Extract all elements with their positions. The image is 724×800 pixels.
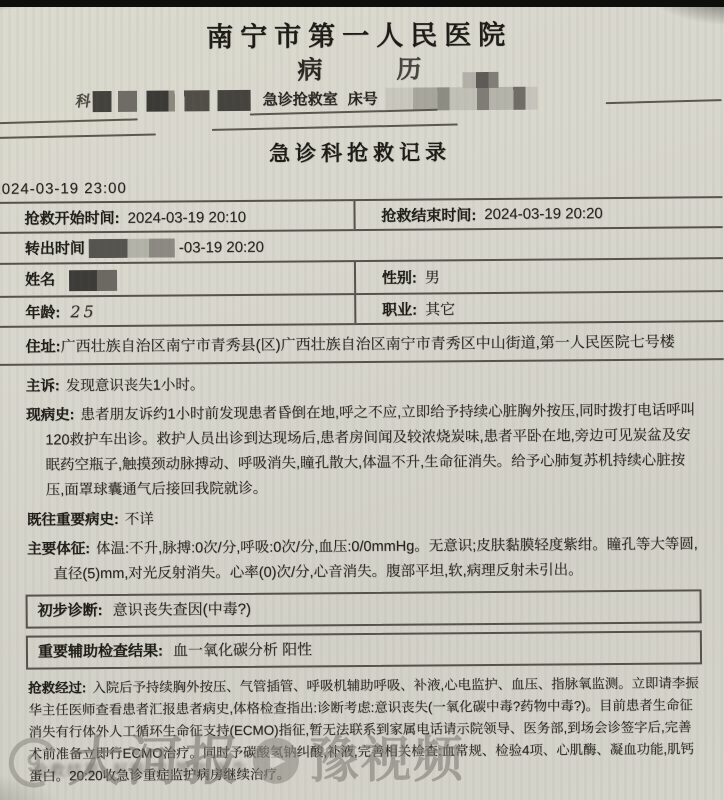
age-label: 年龄: — [25, 304, 60, 321]
present-illness: 现病史:患者朋友诉约1小时前发现患者昏倒在地,呼之不应,立即给予持续心脏胸外按压… — [0, 398, 724, 504]
ruled-line-segment — [212, 124, 458, 131]
rescue-end-label: 抢救结束时间: — [381, 204, 476, 226]
vital-signs-text: 体温:不升,脉搏:0次/分,呼吸:0次/分,血压:0/0mmHg。无意识;皮肤黏… — [53, 536, 698, 582]
occupation-label: 职业: — [382, 298, 417, 319]
rescue-course-label: 抢救经过: — [28, 680, 86, 695]
preliminary-diagnosis-text: 意识丧失查因(中毒?) — [113, 601, 251, 619]
rescue-start-cell: 抢救开始时间:2024-03-19 20:10 — [0, 205, 353, 229]
preliminary-diagnosis-label: 初步诊断: — [38, 602, 103, 620]
doc-word-bing: 病 — [297, 55, 322, 85]
dept-label-fragment: 科 — [74, 90, 92, 113]
address-label: 住址: — [26, 338, 61, 355]
preliminary-diagnosis-box: 初步诊断:意识丧失查因(中毒?) — [26, 589, 702, 628]
rescue-end-value: 2024-03-19 20:20 — [484, 205, 603, 223]
redaction-mosaic-name — [69, 270, 117, 291]
vital-signs-label: 主要体征: — [27, 541, 90, 557]
present-illness-label: 现病史: — [26, 407, 74, 423]
transfer-out-label: 转出时间 — [25, 240, 85, 257]
record-paper: 南宁市第一人民医院 病 历 科 急诊抢救室 床号 急诊科抢救记录 2024-03… — [0, 0, 724, 800]
aux-results-label: 重要辅助检查结果: — [38, 643, 163, 661]
vital-signs: 主要体征:体温:不升,脉搏:0次/分,呼吸:0次/分,血压:0/0mmHg。无意… — [1, 532, 724, 588]
document-type-title: 病 历 — [0, 52, 722, 88]
table-row-address: 住址:广西壮族自治区南宁市青秀县(区)广西壮族自治区南宁市青秀区中山街道,第一人… — [0, 322, 724, 366]
ruled-line-segment — [0, 118, 138, 124]
name-cell: 姓名 — [0, 266, 354, 291]
name-label: 姓名 — [25, 272, 55, 289]
transfer-out-cell: 转出时间-03-19 20:20 — [0, 232, 723, 259]
age-value: 25 — [70, 302, 97, 321]
rescue-start-value: 2024-03-19 20:10 — [127, 208, 246, 226]
past-history-text: 不详 — [125, 512, 154, 528]
address-cell: 住址:广西壮族自治区南宁市青秀县(区)广西壮族自治区南宁市青秀区中山街道,第一人… — [0, 330, 724, 357]
photo-top-edge — [0, 0, 724, 7]
redaction-mosaic-transfer-date — [89, 239, 175, 259]
chief-complaint: 主诉:发现意识丧失1小时。 — [0, 369, 724, 400]
chief-complaint-label: 主诉: — [26, 378, 60, 394]
hospital-title: 南宁市第一人民医院 — [0, 17, 721, 55]
bed-number-label: 床号 — [348, 88, 378, 111]
transfer-out-value: -03-19 20:20 — [179, 239, 264, 257]
chief-complaint-text: 发现意识丧失1小时。 — [66, 377, 205, 394]
rescue-end-cell: 抢救结束时间:2024-03-19 20:20 — [353, 198, 722, 229]
doc-word-li: 历 — [396, 55, 421, 85]
redaction-mosaic-department — [93, 90, 251, 112]
past-history: 既往重要病史:不详 — [1, 503, 724, 534]
address-value: 广西壮族自治区南宁市青秀县(区)广西壮族自治区南宁市青秀区中山街道,第一人民医院… — [61, 333, 675, 355]
aux-results-text: 血一氧化碳分析 阳性 — [173, 641, 312, 659]
occupation-value: 其它 — [425, 298, 455, 319]
rescue-result-blurred-line: 抢救结果: 好转 ☑ 签字 医生 — [33, 756, 553, 781]
occupation-cell: 职业:其它 — [354, 292, 723, 323]
ruled-line-segment — [0, 134, 156, 139]
gender-cell: 性别:男 — [354, 259, 723, 293]
age-cell: 年龄:25 — [0, 299, 354, 323]
aux-results-box: 重要辅助检查结果:血一氧化碳分析 阳性 — [26, 630, 702, 669]
medical-record-photo: 南宁市第一人民医院 病 历 科 急诊抢救室 床号 急诊科抢救记录 2024-03… — [0, 0, 724, 800]
room-label: 急诊抢救室 — [263, 88, 338, 112]
past-history-label: 既往重要病史: — [27, 512, 119, 529]
rescue-start-label: 抢救开始时间: — [24, 209, 119, 227]
present-illness-text: 患者朋友诉约1小时前发现患者昏倒在地,呼之不应,立即给予持续心脏胸外按压,同时拨… — [45, 402, 695, 498]
patient-info-table: 抢救开始时间:2024-03-19 20:10 抢救结束时间:2024-03-1… — [0, 196, 724, 366]
redaction-mosaic-bed-number — [386, 87, 538, 111]
gender-value: 男 — [425, 266, 440, 287]
section-title: 急诊科抢救记录 — [0, 138, 722, 170]
gender-label: 性别: — [382, 267, 417, 288]
